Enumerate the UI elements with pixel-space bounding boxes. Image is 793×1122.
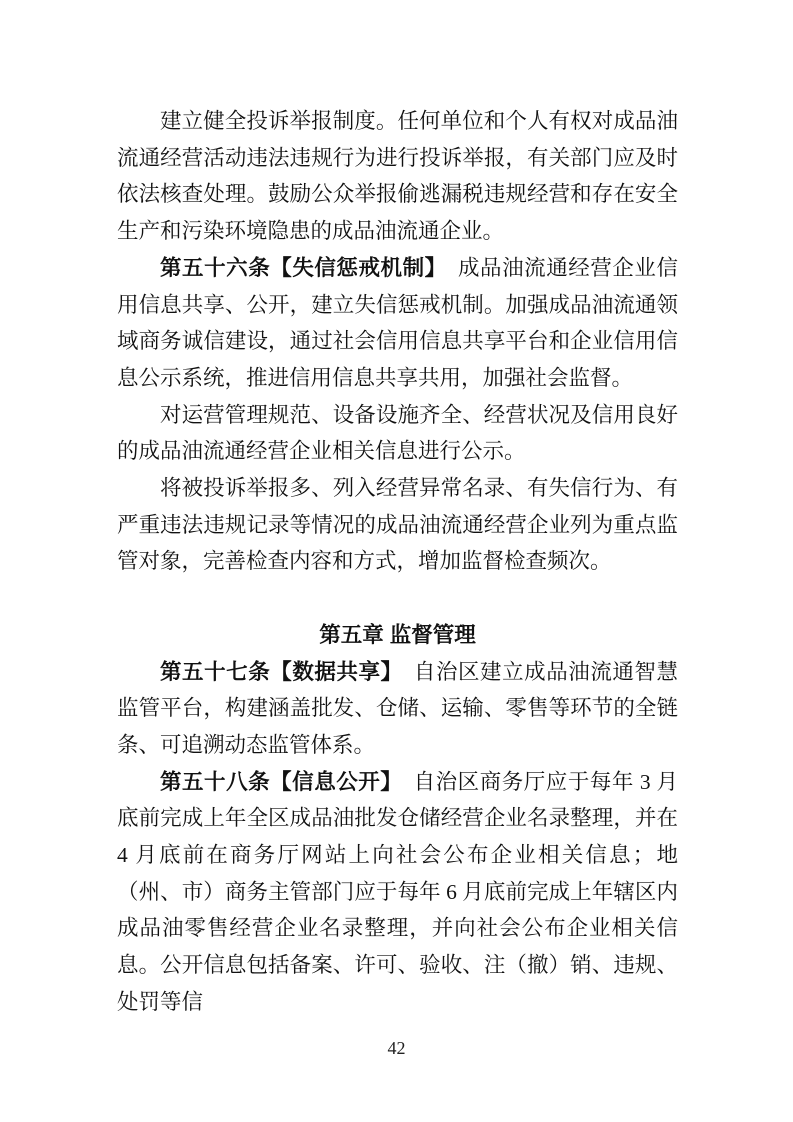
bold-run: 第五章 监督管理 [319,623,475,647]
paragraph: 第五十七条【数据共享】 自治区建立成品油流通智慧监管平台，构建涵盖批发、仓储、运… [117,654,678,764]
text-run: 将被投诉举报多、列入经营异常名录、有失信行为、有严重违法违规记录等情况的成品油流… [117,476,678,573]
bold-run: 第五十七条【数据共享】 [160,660,392,684]
text-run: 对运营管理规范、设备设施齐全、经营状况及信用良好的成品油流通经营企业相关信息进行… [117,403,678,464]
bold-run: 第五十六条【失信惩戒机制】 [160,256,436,280]
paragraph: 第五十八条【信息公开】 自治区商务厅应于每年 3 月底前完成上年全区成品油批发仓… [117,764,678,1021]
document-body: 建立健全投诉举报制度。任何单位和个人有权对成品油流通经营活动违法违规行为进行投诉… [117,103,678,1021]
text-run: 建立健全投诉举报制度。任何单位和个人有权对成品油流通经营活动违法违规行为进行投诉… [117,109,678,243]
chapter-heading: 第五章 监督管理 [117,617,678,654]
text-run: 自治区商务厅应于每年 3 月底前完成上年全区成品油批发仓储经营企业名录整理，并在… [117,770,678,1014]
page-footer: 42 [0,1038,793,1059]
paragraph: 将被投诉举报多、列入经营异常名录、有失信行为、有严重违法违规记录等情况的成品油流… [117,470,678,580]
paragraph: 对运营管理规范、设备设施齐全、经营状况及信用良好的成品油流通经营企业相关信息进行… [117,397,678,470]
paragraph: 第五十六条【失信惩戒机制】 成品油流通经营企业信用信息共享、公开，建立失信惩戒机… [117,250,678,397]
paragraph: 建立健全投诉举报制度。任何单位和个人有权对成品油流通经营活动违法违规行为进行投诉… [117,103,678,250]
document-page: 建立健全投诉举报制度。任何单位和个人有权对成品油流通经营活动违法违规行为进行投诉… [0,0,793,1122]
bold-run: 第五十八条【信息公开】 [160,770,392,794]
page-number: 42 [388,1038,406,1058]
